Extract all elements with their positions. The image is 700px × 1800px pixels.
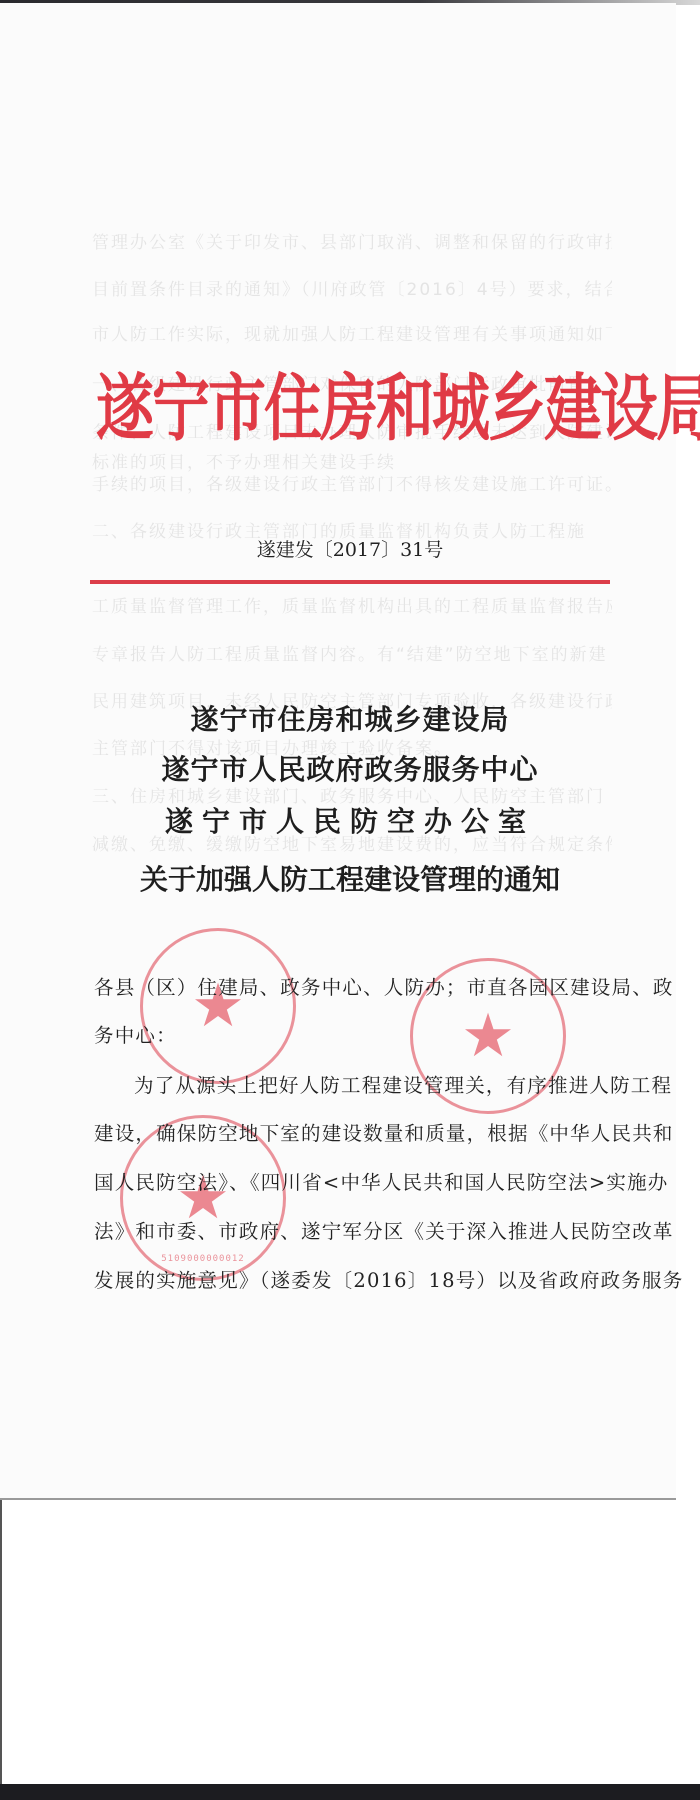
scanner-left-edge bbox=[0, 1500, 2, 1784]
scanner-bed bbox=[0, 1500, 700, 1784]
bleed-through-line: 专章报告人防工程质量监督内容。有“结建”防空地下室的新建 bbox=[92, 640, 612, 665]
bleed-through-line: 市人防工作实际，现就加强人防工程建设管理有关事项通知如下。 bbox=[92, 320, 612, 345]
official-seal-left-upper: 遂宁市住房和城乡建设局 ★ bbox=[140, 928, 296, 1084]
notice-title: 关于加强人防工程建设管理的通知 bbox=[0, 858, 700, 898]
red-separator-rule bbox=[90, 580, 610, 584]
issuer-housing-bureau: 遂宁市住房和城乡建设局 bbox=[0, 698, 700, 738]
scanner-bottom-edge bbox=[0, 1784, 700, 1800]
seal-code: 5109000000012 bbox=[123, 1254, 283, 1264]
body-line: 国人民防空法》、《四川省<中华人民共和国人民防空法>实施办 bbox=[94, 1167, 614, 1195]
body-line: 发展的实施意见》（遂委发〔2016〕18号）以及省政府政务服务 bbox=[94, 1265, 614, 1293]
bleed-through-line: 工质量监督管理工作，质量监督机构出具的工程质量监督报告应 bbox=[92, 592, 612, 617]
body-line: 各县（区）住建局、政务中心、人防办；市直各园区建设局、政 bbox=[94, 972, 614, 1000]
bleed-through-line: 管理办公室《关于印发市、县部门取消、调整和保留的行政审批项 bbox=[92, 228, 612, 253]
bleed-through-line: 手续的项目，各级建设行政主管部门不得核发建设施工许可证。 bbox=[92, 470, 612, 495]
bleed-through-line: 目前置条件目录的通知》（川府政管〔2016〕4号）要求，结合我 bbox=[92, 275, 612, 300]
issuer-civil-air-defense-office: 遂宁市人民防空办公室 bbox=[0, 800, 700, 840]
document-number: 遂建发〔2017〕31号 bbox=[0, 535, 700, 562]
body-line: 为了从源头上把好人防工程建设管理关，有序推进人防工程 bbox=[94, 1070, 654, 1098]
masthead-title: 遂宁市住房和城乡建设局文件 bbox=[96, 352, 596, 465]
body-line: 务中心： bbox=[94, 1020, 614, 1048]
body-line: 建设，确保防空地下室的建设数量和质量，根据《中华人民共和 bbox=[94, 1118, 614, 1146]
body-line: 法》和市委、市政府、遂宁军分区《关于深入推进人民防空改革 bbox=[94, 1216, 614, 1244]
issuer-government-service-center: 遂宁市人民政府政务服务中心 bbox=[0, 748, 700, 788]
